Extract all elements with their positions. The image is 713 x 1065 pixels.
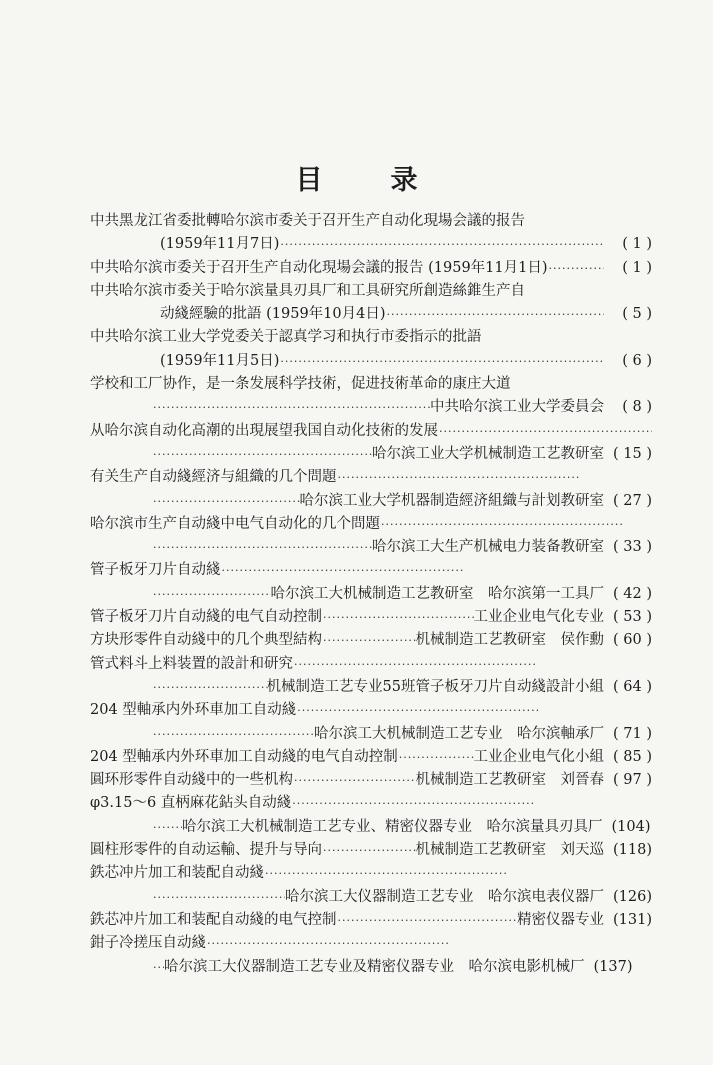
toc-entry-title: 鉗子冷搓压自动綫 xyxy=(90,932,206,955)
toc-line: 哈尔滨工大机械制造工艺专业 哈尔滨軸承厂 ( 71 ) xyxy=(90,723,652,746)
leader-dots xyxy=(398,746,474,769)
toc-page-number: ( 64 ) xyxy=(604,676,652,699)
toc-entry-title: 中共哈尔滨市委关于哈尔滨量具刃具厂和工具研究所創造絲錐生产自 xyxy=(90,280,525,303)
toc-line: 哈尔滨工大仪器制造工艺专业及精密仪器专业 哈尔滨电影机械厂 (137) xyxy=(90,956,652,979)
leader-dots xyxy=(291,792,533,815)
leader-dots xyxy=(152,396,430,419)
leader-dots xyxy=(548,257,605,280)
toc-author: 工业企业电气化专业 xyxy=(474,606,605,629)
toc-page-number: (104) xyxy=(603,816,651,839)
toc-page-number: ( 85 ) xyxy=(604,746,652,769)
toc-line: 管子板牙刀片自动綫的电气自动控制 工业企业电气化专业 ( 53 ) xyxy=(90,606,652,629)
table-of-contents: 中共黑龙江省委批轉哈尔滨市委关于召开生产自动化現場会議的报告 (1959年11月… xyxy=(90,210,652,979)
toc-author: 工业企业电气化小組 xyxy=(474,746,605,769)
toc-author: 机械制造工艺教研室 刘天巡 xyxy=(416,839,605,862)
toc-page-number: (137) xyxy=(585,956,633,979)
toc-line: 204 型軸承内外环車加工自动綫的电气自动控制 工业企业电气化小組 ( 85 ) xyxy=(90,746,652,769)
toc-entry-date: (1959年11月7日) xyxy=(160,233,279,256)
toc-line: 哈尔滨工业大学机器制造經济組織与計划教研室 ( 27 ) xyxy=(90,490,652,513)
toc-line: 中共哈尔滨市委关于召开生产自动化現場会議的报告 (1959年11月1日) ( 1… xyxy=(90,257,652,280)
toc-entry-title-cont: 动綫經驗的批語 (1959年10月4日) xyxy=(160,303,386,326)
toc-line: 204 型軸承内外环車加工自动綫 xyxy=(90,699,652,722)
toc-page-number: ( 33 ) xyxy=(604,536,652,559)
leader-dots xyxy=(221,559,463,582)
toc-page-number: ( 15 ) xyxy=(604,443,652,466)
toc-line: 中共哈尔滨工业大学委員会 ( 8 ) xyxy=(90,396,652,419)
toc-author: 机械制造工艺教研室 侯作勳 xyxy=(416,629,605,652)
toc-entry-title: 管子板牙刀片自动綫的电气自动控制 xyxy=(90,606,322,629)
toc-line: 哈尔滨工大仪器制造工艺专业 哈尔滨电表仪器厂 (126) xyxy=(90,886,652,909)
toc-line: 鉄芯冲片加工和装配自动綫 xyxy=(90,862,652,885)
leader-dots xyxy=(264,862,506,885)
leader-dots xyxy=(206,932,448,955)
toc-author: 哈尔滨工大机械制造工艺专业 哈尔滨軸承厂 xyxy=(314,723,604,746)
toc-line: 哈尔滨市生产自动綫中电气自动化的几个問題 xyxy=(90,513,652,536)
toc-line: 中共黑龙江省委批轉哈尔滨市委关于召开生产自动化現場会議的报告 xyxy=(90,210,652,233)
toc-page-number: ( 1 ) xyxy=(604,233,652,256)
toc-entry-title: φ3.15～6 直柄麻花鉆头自动綫 xyxy=(90,792,291,815)
toc-entry-title: 圓柱形零件的自动运輸、提升与导向 xyxy=(90,839,322,862)
toc-line: 方块形零件自动綫中的几个典型結构 机械制造工艺教研室 侯作勳 ( 60 ) xyxy=(90,629,652,652)
toc-line: 中共哈尔滨市委关于哈尔滨量具刃具厂和工具研究所創造絲錐生产自 xyxy=(90,280,652,303)
toc-entry-title: 中共黑龙江省委批轉哈尔滨市委关于召开生产自动化現場会議的报告 xyxy=(90,210,525,233)
toc-page-number: (118) xyxy=(604,839,652,862)
toc-page-number: ( 97 ) xyxy=(604,769,652,792)
toc-page-number: ( 1 ) xyxy=(604,257,652,280)
toc-page-number: (131) xyxy=(604,909,652,932)
leader-dots xyxy=(152,583,271,606)
leader-dots xyxy=(322,839,416,862)
toc-page-number: ( 53 ) xyxy=(604,606,652,629)
toc-author: 中共哈尔滨工业大学委員会 xyxy=(430,396,604,419)
toc-line: 哈尔滨工业大学机械制造工艺教研室 ( 15 ) xyxy=(90,443,652,466)
toc-line: 动綫經驗的批語 (1959年10月4日) ( 5 ) xyxy=(90,303,652,326)
toc-entry-title: 鉄芯冲片加工和装配自动綫的电气控制 xyxy=(90,909,337,932)
toc-line: 机械制造工艺专业55班管子板牙刀片自动綫設計小組 ( 64 ) xyxy=(90,676,652,699)
leader-dots xyxy=(152,490,300,513)
toc-author: 哈尔滨工大生产机械电力装备教研室 xyxy=(372,536,604,559)
leader-dots xyxy=(380,513,622,536)
toc-entry-title: 从哈尔滨自动化高潮的出現展望我国自动化技術的发展 xyxy=(90,420,438,443)
toc-entry-title: 圓环形零件自动綫中的一些机构 xyxy=(90,769,293,792)
toc-page-number: (126) xyxy=(604,886,652,909)
toc-entry-date: (1959年11月5日) xyxy=(160,350,279,373)
leader-dots xyxy=(152,956,164,979)
leader-dots xyxy=(152,676,267,699)
toc-page-number: ( 42 ) xyxy=(604,583,652,606)
toc-entry-title: 哈尔滨市生产自动綫中电气自动化的几个問題 xyxy=(90,513,380,536)
toc-line: 哈尔滨工大生产机械电力装备教研室 ( 33 ) xyxy=(90,536,652,559)
toc-page-number: ( 71 ) xyxy=(604,723,652,746)
leader-dots xyxy=(279,350,604,373)
toc-author: 哈尔滨工业大学机器制造經济組織与計划教研室 xyxy=(300,490,605,513)
toc-line: (1959年11月7日) ( 1 ) xyxy=(90,233,652,256)
toc-author: 哈尔滨工大仪器制造工艺专业 哈尔滨电表仪器厂 xyxy=(285,886,604,909)
toc-entry-title: 管式料斗上料装置的設計和研究 xyxy=(90,653,293,676)
leader-dots xyxy=(152,723,314,746)
toc-author: 哈尔滨工大仪器制造工艺专业及精密仪器专业 哈尔滨电影机械厂 xyxy=(164,956,585,979)
toc-author: 机械制造工艺专业55班管子板牙刀片自动綫設計小組 xyxy=(267,676,604,699)
toc-line: 圓柱形零件的自动运輸、提升与导向 机械制造工艺教研室 刘天巡 (118) xyxy=(90,839,652,862)
toc-entry-title: 中共哈尔滨工业大学党委关于認真学习和执行市委指示的批語 xyxy=(90,326,482,349)
leader-dots xyxy=(438,420,652,443)
toc-author: 哈尔滨工大机械制造工艺教研室 哈尔滨第一工具厂 xyxy=(271,583,605,606)
title-char-2: 录 xyxy=(391,158,418,197)
toc-line: (1959年11月5日) ( 6 ) xyxy=(90,350,652,373)
page-title: 目录 xyxy=(0,158,713,197)
document-page: 目录 中共黑龙江省委批轉哈尔滨市委关于召开生产自动化現場会議的报告 (1959年… xyxy=(0,0,713,1065)
toc-page-number: ( 27 ) xyxy=(604,490,652,513)
title-char-1: 目 xyxy=(296,158,323,197)
toc-page-number: ( 60 ) xyxy=(604,629,652,652)
leader-dots xyxy=(152,816,182,839)
toc-line: 鉄芯冲片加工和装配自动綫的电气控制 精密仪器专业 (131) xyxy=(90,909,652,932)
toc-line: 中共哈尔滨工业大学党委关于認真学习和执行市委指示的批語 xyxy=(90,326,652,349)
toc-line: 哈尔滨工大机械制造工艺教研室 哈尔滨第一工具厂 ( 42 ) xyxy=(90,583,652,606)
leader-dots xyxy=(279,233,604,256)
toc-author: 哈尔滨工大机械制造工艺专业、精密仪器专业 哈尔滨量具刃具厂 xyxy=(182,816,603,839)
toc-line: 管子板牙刀片自动綫 xyxy=(90,559,652,582)
toc-page-number: ( 5 ) xyxy=(604,303,652,326)
toc-author: 哈尔滨工业大学机械制造工艺教研室 xyxy=(372,443,604,466)
toc-author: 精密仪器专业 xyxy=(517,909,604,932)
toc-line: 有关生产自动綫經济与組織的几个問題 xyxy=(90,466,652,489)
leader-dots xyxy=(322,606,474,629)
toc-line: 鉗子冷搓压自动綫 xyxy=(90,932,652,955)
leader-dots xyxy=(293,653,535,676)
toc-entry-title: 管子板牙刀片自动綫 xyxy=(90,559,221,582)
leader-dots xyxy=(152,886,285,909)
toc-line: 学校和工厂协作，是一条发展科学技術，促进技術革命的康庄大道 xyxy=(90,373,652,396)
leader-dots xyxy=(386,303,605,326)
leader-dots xyxy=(293,769,416,792)
toc-line: 管式料斗上料装置的設計和研究 xyxy=(90,653,652,676)
toc-author: 机械制造工艺教研室 刘晉春 xyxy=(416,769,605,792)
leader-dots xyxy=(322,629,416,652)
toc-line: 哈尔滨工大机械制造工艺专业、精密仪器专业 哈尔滨量具刃具厂 (104) xyxy=(90,816,652,839)
leader-dots xyxy=(296,699,538,722)
toc-page-number: ( 8 ) xyxy=(604,396,652,419)
toc-entry-title: 鉄芯冲片加工和装配自动綫 xyxy=(90,862,264,885)
toc-entry-title: 中共哈尔滨市委关于召开生产自动化現場会議的报告 (1959年11月1日) xyxy=(90,257,548,280)
toc-entry-title: 学校和工厂协作，是一条发展科学技術，促进技術革命的康庄大道 xyxy=(90,373,511,396)
toc-entry-title: 204 型軸承内外环車加工自动綫的电气自动控制 xyxy=(90,746,398,769)
leader-dots xyxy=(337,909,518,932)
toc-entry-title: 方块形零件自动綫中的几个典型結构 xyxy=(90,629,322,652)
leader-dots xyxy=(152,536,372,559)
toc-entry-title: 204 型軸承内外环車加工自动綫 xyxy=(90,699,296,722)
toc-line: 圓环形零件自动綫中的一些机构 机械制造工艺教研室 刘晉春 ( 97 ) xyxy=(90,769,652,792)
toc-page-number: ( 6 ) xyxy=(604,350,652,373)
toc-line: φ3.15～6 直柄麻花鉆头自动綫 xyxy=(90,792,652,815)
leader-dots xyxy=(337,466,579,489)
toc-line: 从哈尔滨自动化高潮的出現展望我国自动化技術的发展 xyxy=(90,420,652,443)
leader-dots xyxy=(152,443,372,466)
toc-entry-title: 有关生产自动綫經济与組織的几个問題 xyxy=(90,466,337,489)
